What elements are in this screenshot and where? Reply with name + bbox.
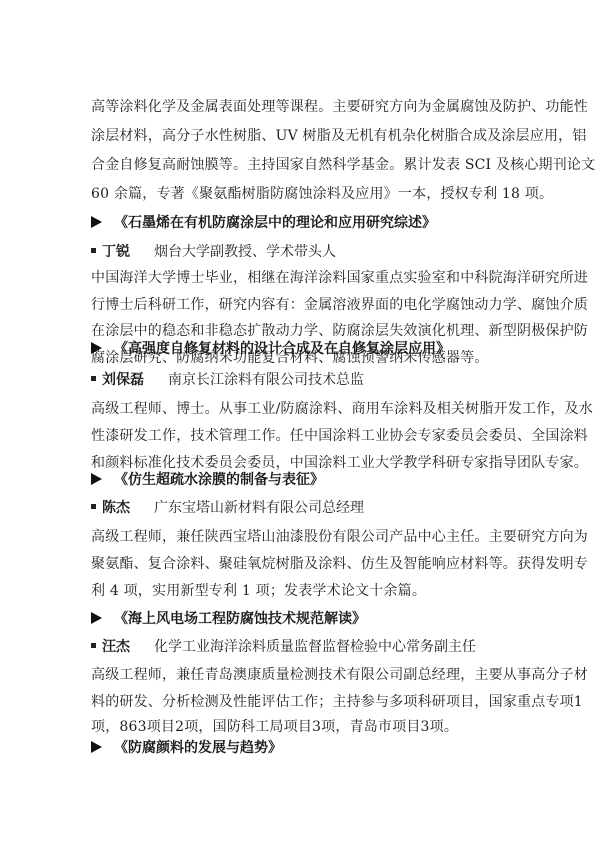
triangle-bullet-icon — [91, 342, 102, 354]
intro-line: 高等涂料化学及金属表面处理等课程。主要研究方向为金属腐蚀及防护、功能性 — [91, 99, 588, 115]
speaker-name: 汪杰 — [102, 639, 130, 655]
talk-title: 《石墨烯在有机防腐涂层中的理论和应用研究综述》 — [91, 215, 436, 231]
bio-line: 项，863项目2项，国防科工局项目3项，青岛市项目3项。 — [91, 719, 458, 735]
speaker-name: 丁锐 — [102, 244, 130, 260]
talk-title-text: 《海上风电场工程防腐蚀技术规范解读》 — [114, 611, 366, 627]
triangle-bullet-icon — [91, 612, 102, 624]
talk-title: 《仿生超疏水涂膜的制备与表征》 — [91, 472, 324, 488]
bio-line: 聚氨酯、复合涂料、聚硅氧烷树脂及涂料、仿生及智能响应材料等。获得发明专 — [91, 556, 588, 572]
talk-title-text: 《高强度自修复材料的设计合成及在自修复涂层应用》 — [114, 341, 450, 357]
speaker-role: 烟台大学副教授、学术带头人 — [154, 244, 336, 260]
intro-line: 60 余篇，专著《聚氨酯树脂防腐蚀涂料及应用》一本，授权专利 18 项。 — [91, 186, 553, 202]
speaker-role: 化学工业海洋涂料质量监督监督检验中心常务副主任 — [154, 639, 476, 655]
square-bullet-icon — [91, 504, 96, 509]
talk-title-text: 《防腐颜料的发展与趋势》 — [114, 740, 282, 756]
speaker-row: 丁锐烟台大学副教授、学术带头人 — [91, 244, 336, 260]
triangle-bullet-icon — [91, 473, 102, 485]
talk-title-text: 《仿生超疏水涂膜的制备与表征》 — [114, 472, 324, 488]
square-bullet-icon — [91, 376, 96, 381]
speaker-role: 南京长江涂料有限公司技术总监 — [168, 372, 364, 388]
speaker-role: 广东宝塔山新材料有限公司总经理 — [154, 500, 364, 516]
bio-line: 在涂层中的稳态和非稳态扩散动力学、防腐涂层失效演化机理、新型阴极保护防 — [91, 323, 588, 339]
triangle-bullet-icon — [91, 216, 102, 228]
square-bullet-icon — [91, 643, 96, 648]
bio-line: 高级工程师、博士。从事工业/防腐涂料、商用车涂料及相关树脂开发工作，及水 — [91, 401, 593, 417]
bio-line: 和颜料标准化技术委员会委员，中国涂料工业大学教学科研专家指导团队专家。 — [91, 455, 588, 471]
speaker-name: 刘保磊 — [102, 372, 144, 388]
speaker-row: 汪杰化学工业海洋涂料质量监督监督检验中心常务副主任 — [91, 639, 476, 655]
bio-line: 高级工程师，兼任陕西宝塔山油漆股份有限公司产品中心主任。主要研究方向为 — [91, 529, 588, 545]
speaker-name: 陈杰 — [102, 500, 130, 516]
bio-line: 性漆研发工作，技术管理工作。任中国涂料工业协会专家委员会委员、全国涂料 — [91, 428, 588, 444]
speaker-row: 刘保磊南京长江涂料有限公司技术总监 — [91, 372, 364, 388]
talk-title: 《海上风电场工程防腐蚀技术规范解读》 — [91, 611, 366, 627]
talk-title: 《防腐颜料的发展与趋势》 — [91, 740, 282, 756]
bio-line: 高级工程师，兼任青岛澳康质量检测技术有限公司副总经理，主要从事高分子材 — [91, 667, 588, 683]
bio-line: 利 4 项，实用新型专利 1 项；发表学术论文十余篇。 — [91, 583, 426, 599]
talk-title-text: 《石墨烯在有机防腐涂层中的理论和应用研究综述》 — [114, 215, 436, 231]
intro-line: 合金自修复高耐蚀膜等。主持国家自然科学基金。累计发表 SCI 及核心期刊论文 — [91, 157, 595, 173]
bio-line: 料的研发、分析检测及性能评估工作；主持参与多项科研项目，国家重点专项1 — [91, 694, 583, 710]
triangle-bullet-icon — [91, 741, 102, 753]
intro-line: 涂层材料，高分子水性树脂、UV 树脂及无机有机杂化树脂合成及涂层应用，铝 — [91, 128, 587, 144]
speaker-row: 陈杰广东宝塔山新材料有限公司总经理 — [91, 500, 364, 516]
square-bullet-icon — [91, 248, 96, 253]
talk-title: 《高强度自修复材料的设计合成及在自修复涂层应用》 — [91, 341, 450, 357]
bio-line: 行博士后科研工作，研究内容有：金属溶液界面的电化学腐蚀动力学、腐蚀介质 — [91, 297, 588, 313]
bio-line: 中国海洋大学博士毕业，相继在海洋涂料国家重点实验室和中科院海洋研究所进 — [91, 270, 588, 286]
